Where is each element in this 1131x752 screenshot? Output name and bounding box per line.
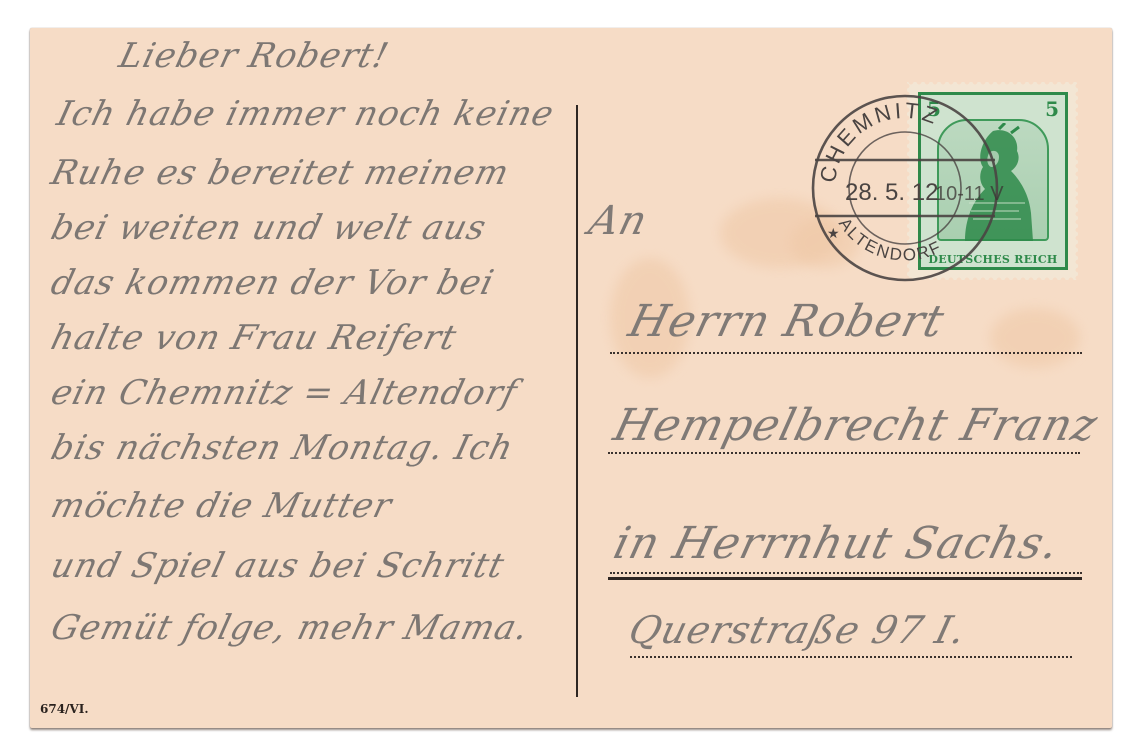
stamp-frame: 5 5 DEUTSCHES REICH: [918, 92, 1068, 270]
message-line: Ich habe immer noch keine: [53, 94, 558, 134]
stamp-value-left: 5: [927, 97, 941, 121]
germania-portrait-icon: [959, 123, 1039, 241]
address-line-3: [610, 572, 1082, 574]
message-line: bei weiten und welt aus: [47, 208, 491, 248]
stamp-label: DEUTSCHES REICH: [921, 253, 1065, 266]
message-line: ein Chemnitz = Altendorf: [47, 373, 522, 413]
message-line: möchte die Mutter: [47, 486, 396, 526]
postage-stamp: 5 5 DEUTSCHES REICH: [907, 82, 1078, 280]
postcard-back: Lieber Robert! Ich habe immer noch keine…: [30, 28, 1112, 728]
address-name: Herrn Robert: [624, 296, 950, 347]
address-street: Querstraße 97 I.: [625, 608, 971, 652]
message-line: und Spiel aus bei Schritt: [47, 546, 509, 586]
paper-stain: [790, 218, 860, 268]
address-prefix: An: [584, 198, 652, 244]
message-line: Gemüt folge, mehr Mama.: [47, 608, 533, 648]
address-city: in Herrnhut Sachs.: [609, 518, 1065, 569]
message-line: Ruhe es bereitet meinem: [47, 153, 514, 193]
message-line: halte von Frau Reifert: [47, 318, 461, 358]
address-line-solid: [608, 577, 1082, 580]
address-line-1: [610, 352, 1082, 354]
print-code: 674/VI.: [40, 702, 89, 716]
stamp-value-right: 5: [1045, 97, 1059, 121]
address-line-4: [630, 656, 1072, 658]
paper-stain: [990, 308, 1080, 368]
vertical-divider: [576, 105, 578, 697]
message-line: bis nächsten Montag. Ich: [47, 428, 518, 468]
message-line: das kommen der Vor bei: [47, 263, 498, 303]
message-salutation: Lieber Robert!: [115, 36, 393, 76]
address-street-name: Hempelbrecht Franz: [609, 400, 1103, 451]
address-line-2: [608, 452, 1080, 454]
